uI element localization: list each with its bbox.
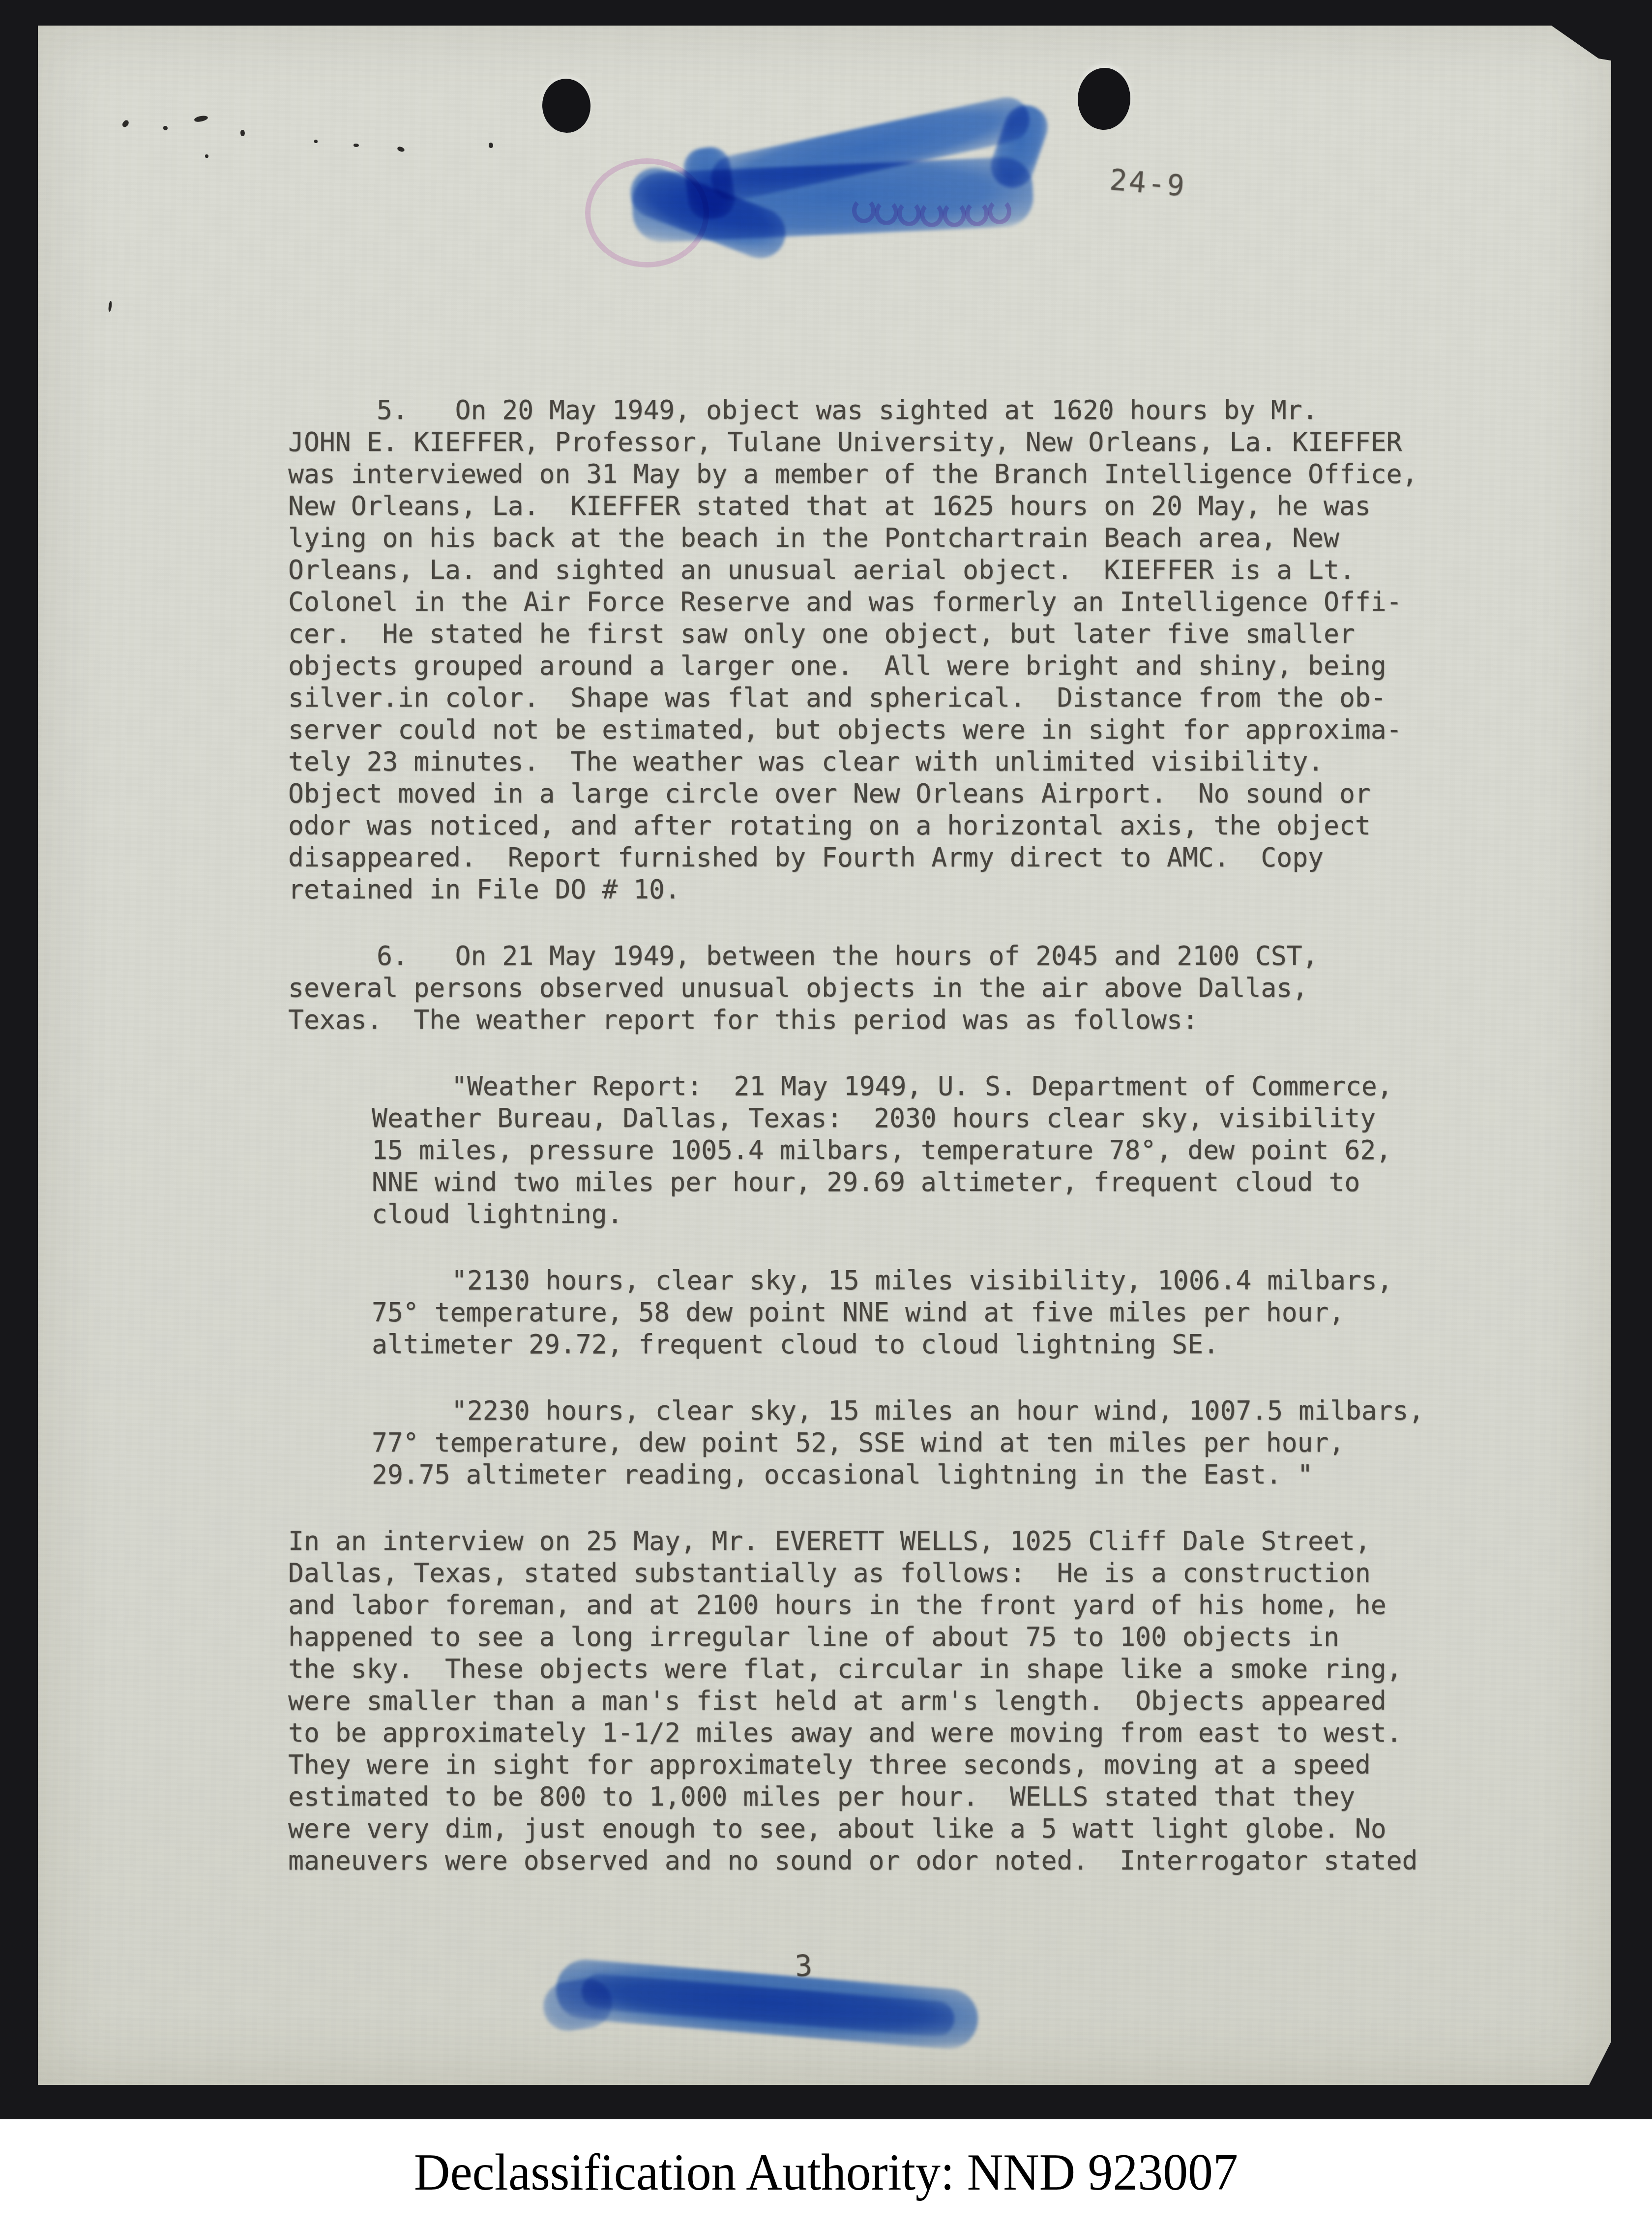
typed-line: altimeter 29.72, frequent cloud to cloud… [372, 1329, 1404, 1361]
typed-line: Object moved in a large circle over New … [288, 778, 1439, 810]
typed-line: Texas. The weather report for this perio… [288, 1004, 1439, 1036]
typed-paragraph-5: 5. On 20 May 1949, object was sighted at… [288, 394, 1439, 906]
typed-line: lying on his back at the beach in the Po… [288, 522, 1439, 554]
ink-speck [194, 115, 208, 123]
document-page: 24-9 5. On 20 May 1949, object was sight… [38, 26, 1611, 2085]
ink-speck [121, 119, 130, 128]
typed-line: to be approximately 1-1/2 miles away and… [288, 1717, 1439, 1749]
typed-line: In an interview on 25 May, Mr. EVERETT W… [288, 1525, 1439, 1557]
typed-line: "2230 hours, clear sky, 15 miles an hour… [372, 1395, 1404, 1427]
typed-line: maneuvers were observed and no sound or … [288, 1845, 1439, 1877]
typed-text-column: 5. On 20 May 1949, object was sighted at… [288, 394, 1439, 1911]
hole-punch-left [540, 77, 592, 135]
typed-paragraph-6: 6. On 21 May 1949, between the hours of … [288, 940, 1439, 1036]
typed-line: Orleans, La. and sighted an unusual aeri… [288, 554, 1439, 586]
weather-report-2130: "2130 hours, clear sky, 15 miles visibil… [372, 1265, 1404, 1361]
typed-line: retained in File DO # 10. [288, 874, 1439, 906]
ink-speck [163, 126, 168, 130]
weather-report-2030: "Weather Report: 21 May 1949, U. S. Depa… [372, 1070, 1404, 1230]
typed-line: JOHN E. KIEFFER, Professor, Tulane Unive… [288, 426, 1439, 458]
typed-line: 75° temperature, 58 dew point NNE wind a… [372, 1297, 1404, 1329]
typed-line: silver.in color. Shape was flat and sphe… [288, 682, 1439, 714]
ink-speck [397, 146, 405, 152]
ink-speck [205, 154, 208, 158]
typed-line: objects grouped around a larger one. All… [288, 650, 1439, 682]
typed-line: cer. He stated he first saw only one obj… [288, 618, 1439, 650]
typed-line: 6. On 21 May 1949, between the hours of … [288, 940, 1439, 972]
typed-line: New Orleans, La. KIEFFER stated that at … [288, 490, 1439, 522]
interview-wells-paragraph: In an interview on 25 May, Mr. EVERETT W… [288, 1525, 1439, 1877]
typed-line: the sky. These objects were flat, circul… [288, 1653, 1439, 1685]
weather-report-2230: "2230 hours, clear sky, 15 miles an hour… [372, 1395, 1404, 1491]
typed-line: tely 23 minutes. The weather was clear w… [288, 746, 1439, 778]
corner-code: 24-9 [1108, 163, 1187, 203]
typed-line: cloud lightning. [372, 1198, 1404, 1230]
declassification-text: Declassification Authority: NND 923007 [414, 2142, 1238, 2202]
typed-line: 15 miles, pressure 1005.4 milbars, tempe… [372, 1134, 1404, 1166]
typed-line: disappeared. Report furnished by Fourth … [288, 842, 1439, 874]
typed-line: They were in sight for approximately thr… [288, 1749, 1439, 1781]
typed-line: NNE wind two miles per hour, 29.69 altim… [372, 1166, 1404, 1198]
typed-line: Colonel in the Air Force Reserve and was… [288, 586, 1439, 618]
typed-line: several persons observed unusual objects… [288, 972, 1439, 1004]
typed-line: server could not be estimated, but objec… [288, 714, 1439, 746]
typed-line: happened to see a long irregular line of… [288, 1621, 1439, 1653]
typed-line: "Weather Report: 21 May 1949, U. S. Depa… [372, 1070, 1404, 1102]
typed-line: 29.75 altimeter reading, occasional ligh… [372, 1459, 1404, 1491]
typed-line: Weather Bureau, Dallas, Texas: 2030 hour… [372, 1102, 1404, 1134]
typed-line: "2130 hours, clear sky, 15 miles visibil… [372, 1265, 1404, 1297]
typed-line: 5. On 20 May 1949, object was sighted at… [288, 394, 1439, 426]
ink-speck [314, 140, 318, 143]
declassification-banner: Declassification Authority: NND 923007 [0, 2119, 1652, 2225]
typed-line: was interviewed on 31 May by a member of… [288, 458, 1439, 490]
ink-speck [489, 143, 493, 148]
typed-line: 77° temperature, dew point 52, SSE wind … [372, 1427, 1404, 1459]
ink-speck [354, 144, 359, 147]
typed-line: estimated to be 800 to 1,000 miles per h… [288, 1781, 1439, 1813]
hole-punch-right [1076, 66, 1132, 131]
typed-line: were very dim, just enough to see, about… [288, 1813, 1439, 1845]
typed-line: Dallas, Texas, stated substantially as f… [288, 1557, 1439, 1589]
typed-line: and labor foreman, and at 2100 hours in … [288, 1589, 1439, 1621]
typed-line: were smaller than a man's fist held at a… [288, 1685, 1439, 1717]
typed-line: odor was noticed, and after rotating on … [288, 810, 1439, 842]
ink-speck [240, 130, 245, 136]
ink-speck [108, 301, 112, 312]
